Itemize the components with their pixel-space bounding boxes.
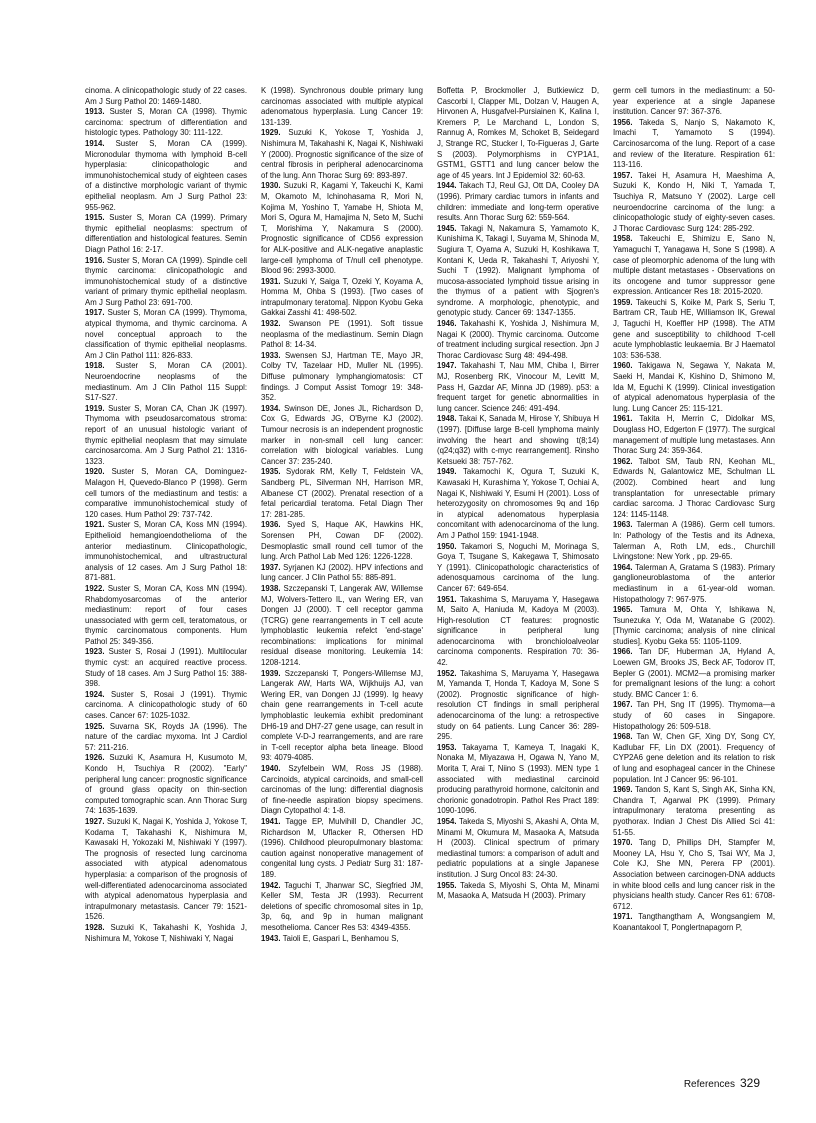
reference-number: 1930.: [261, 181, 281, 190]
reference-entry: 1933. Swensen SJ, Hartman TE, Mayo JR, C…: [261, 351, 423, 404]
reference-entry: 1970. Tang D, Phillips DH, Stampfer M, M…: [613, 838, 775, 912]
reference-entry: 1946. Takahashi K, Yoshida J, Nishimura …: [437, 319, 599, 361]
reference-number: 1928.: [85, 923, 105, 932]
reference-entry: cinoma. A clinicopathologic study of 22 …: [85, 86, 247, 107]
reference-number: 1946.: [437, 319, 457, 328]
reference-entry: 1957. Takei H, Asamura H, Maeshima A, Su…: [613, 171, 775, 235]
reference-entry: 1958. Takeuchi E, Shimizu E, Sano N, Yam…: [613, 234, 775, 298]
reference-number: 1953.: [437, 743, 457, 752]
reference-number: 1950.: [437, 542, 457, 551]
reference-number: 1948.: [437, 414, 457, 423]
reference-number: 1923.: [85, 647, 105, 656]
reference-number: 1917.: [85, 308, 105, 317]
reference-entry: germ cell tumors in the mediastinum: a 5…: [613, 86, 775, 118]
reference-entry: 1955. Takeda S, Miyoshi S, Ohta M, Minam…: [437, 881, 599, 902]
reference-number: 1934.: [261, 404, 281, 413]
reference-column-2: K (1998). Synchronous double primary lun…: [261, 86, 423, 1044]
reference-number: 1969.: [613, 785, 633, 794]
reference-entry: 1954. Takeda S, Miyoshi S, Akashi A, Oht…: [437, 817, 599, 881]
reference-entry: 1971. Tangthangtham A, Wongsangiem M, Ko…: [613, 912, 775, 933]
reference-number: 1932.: [261, 319, 281, 328]
reference-entry: 1953. Takayama T, Kameya T, Inagaki K, N…: [437, 743, 599, 817]
reference-number: 1945.: [437, 224, 457, 233]
reference-number: 1927.: [85, 817, 105, 826]
reference-entry: 1923. Suster S, Rosai J (1991). Multiloc…: [85, 647, 247, 689]
reference-number: 1916.: [85, 256, 105, 265]
reference-number: 1944.: [437, 181, 457, 190]
reference-entry: 1917. Suster S, Moran CA (1999). Thymoma…: [85, 308, 247, 361]
reference-number: 1949.: [437, 467, 457, 476]
reference-number: 1918.: [85, 361, 105, 370]
reference-entry: 1944. Takach TJ, Reul GJ, Ott DA, Cooley…: [437, 181, 599, 223]
reference-entry: 1968. Tan W, Chen GF, Xing DY, Song CY, …: [613, 732, 775, 785]
reference-entry: 1925. Suvarna SK, Royds JA (1996). The n…: [85, 722, 247, 754]
footer-page-number: 329: [740, 1076, 760, 1090]
reference-entry: K (1998). Synchronous double primary lun…: [261, 86, 423, 128]
reference-number: 1913.: [85, 107, 105, 116]
reference-entry: 1921. Suster S, Moran CA, Koss MN (1994)…: [85, 520, 247, 584]
page-footer: References 329: [684, 1076, 760, 1090]
reference-column-4: germ cell tumors in the mediastinum: a 5…: [613, 86, 775, 1044]
references-text-area: cinoma. A clinicopathologic study of 22 …: [85, 86, 775, 1044]
reference-entry: 1929. Suzuki K, Yokose T, Yoshida J, Nis…: [261, 128, 423, 181]
reference-column-1: cinoma. A clinicopathologic study of 22 …: [85, 86, 247, 1044]
reference-number: 1954.: [437, 817, 457, 826]
reference-entry: 1919. Suster S, Moran CA, Chan JK (1997)…: [85, 404, 247, 468]
reference-entry: Boffetta P, Brockmoller J, Butkiewicz D,…: [437, 86, 599, 181]
reference-entry: 1945. Takagi N, Nakamura S, Yamamoto K, …: [437, 224, 599, 319]
reference-number: 1929.: [261, 128, 281, 137]
reference-number: 1958.: [613, 234, 633, 243]
reference-entry: 1949. Takamochi K, Ogura T, Suzuki K, Ka…: [437, 467, 599, 541]
reference-number: 1967.: [613, 700, 633, 709]
reference-entry: 1956. Takeda S, Nanjo S, Nakamoto K, Ima…: [613, 118, 775, 171]
reference-number: 1955.: [437, 881, 457, 890]
reference-number: 1959.: [613, 298, 633, 307]
reference-entry: 1938. Szczepanski T, Langerak AW, Willem…: [261, 584, 423, 669]
reference-entry: 1947. Takahashi T, Nau MM, Chiba I, Birr…: [437, 361, 599, 414]
reference-entry: 1950. Takamori S, Noguchi M, Morinaga S,…: [437, 542, 599, 595]
reference-entry: 1936. Syed S, Haque AK, Hawkins HK, Sore…: [261, 520, 423, 562]
reference-number: 1922.: [85, 584, 105, 593]
reference-entry: 1959. Takeuchi S, Koike M, Park S, Seriu…: [613, 298, 775, 362]
reference-number: 1956.: [613, 118, 633, 127]
reference-number: 1971.: [613, 912, 633, 921]
reference-entry: 1942. Taguchi T, Jhanwar SC, Siegfried J…: [261, 881, 423, 934]
reference-number: 1937.: [261, 563, 281, 572]
reference-number: 1952.: [437, 669, 457, 678]
reference-number: 1966.: [613, 647, 633, 656]
reference-number: 1925.: [85, 722, 105, 731]
reference-number: 1938.: [261, 584, 281, 593]
reference-entry: 1922. Suster S, Moran CA, Koss MN (1994)…: [85, 584, 247, 648]
reference-number: 1943.: [261, 934, 281, 943]
reference-number: 1940.: [261, 764, 281, 773]
reference-number: 1942.: [261, 881, 281, 890]
reference-entry: 1930. Suzuki R, Kagami Y, Takeuchi K, Ka…: [261, 181, 423, 276]
reference-entry: 1967. Tan PH, Sng IT (1995). Thymoma—a s…: [613, 700, 775, 732]
reference-entry: 1940. Szyfelbein WM, Ross JS (1988). Car…: [261, 764, 423, 817]
footer-section-title: References: [684, 1079, 735, 1090]
reference-number: 1919.: [85, 404, 105, 413]
reference-entry: 1966. Tan DF, Huberman JA, Hyland A, Loe…: [613, 647, 775, 700]
reference-entry: 1928. Suzuki K, Takahashi K, Yoshida J, …: [85, 923, 247, 944]
reference-number: 1935.: [261, 467, 281, 476]
reference-entry: 1931. Suzuki Y, Saiga T, Ozeki Y, Koyama…: [261, 277, 423, 319]
reference-entry: 1916. Suster S, Moran CA (1999). Spindle…: [85, 256, 247, 309]
reference-number: 1970.: [613, 838, 633, 847]
reference-number: 1920.: [85, 467, 105, 476]
reference-entry: 1941. Tagge EP, Mulvihill D, Chandler JC…: [261, 817, 423, 881]
reference-number: 1941.: [261, 817, 281, 826]
reference-entry: 1962. Talbot SM, Taub RN, Keohan ML, Edw…: [613, 457, 775, 521]
reference-entry: 1927. Suzuki K, Nagai K, Yoshida J, Yoko…: [85, 817, 247, 923]
reference-number: 1964.: [613, 563, 633, 572]
reference-number: 1939.: [261, 669, 281, 678]
reference-entry: 1943. Taioli E, Gaspari L, Benhamou S,: [261, 934, 423, 945]
reference-entry: 1952. Takashima S, Maruyama Y, Hasegawa …: [437, 669, 599, 743]
reference-entry: 1939. Szczepanski T, Pongers-Willemse MJ…: [261, 669, 423, 764]
reference-entry: 1965. Tamura M, Ohta Y, Ishikawa N, Tsun…: [613, 605, 775, 647]
reference-entry: 1926. Suzuki K, Asamura H, Kusumoto M, K…: [85, 753, 247, 817]
reference-entry: 1918. Suster S, Moran CA (2001). Neuroen…: [85, 361, 247, 403]
references-columns: cinoma. A clinicopathologic study of 22 …: [85, 86, 775, 1044]
reference-number: 1936.: [261, 520, 281, 529]
reference-entry: 1960. Takigawa N, Segawa Y, Nakata M, Sa…: [613, 361, 775, 414]
reference-number: 1963.: [613, 520, 633, 529]
reference-number: 1915.: [85, 213, 105, 222]
reference-number: 1957.: [613, 171, 633, 180]
reference-number: 1962.: [613, 457, 633, 466]
reference-entry: 1935. Sydorak RM, Kelly T, Feldstein VA,…: [261, 467, 423, 520]
reference-number: 1951.: [437, 595, 457, 604]
reference-number: 1947.: [437, 361, 457, 370]
reference-entry: 1913. Suster S, Moran CA (1998). Thymic …: [85, 107, 247, 139]
reference-entry: 1951. Takashima S, Maruyama Y, Hasegawa …: [437, 595, 599, 669]
references-page: { "page": { "background": "#ffffff", "te…: [0, 0, 816, 1123]
reference-entry: 1924. Suster S, Rosai J (1991). Thymic c…: [85, 690, 247, 722]
reference-number: 1926.: [85, 753, 105, 762]
reference-column-3: Boffetta P, Brockmoller J, Butkiewicz D,…: [437, 86, 599, 1044]
reference-number: 1914.: [85, 139, 105, 148]
reference-entry: 1934. Swinson DE, Jones JL, Richardson D…: [261, 404, 423, 468]
reference-entry: 1937. Syrjanen KJ (2002). HPV infections…: [261, 563, 423, 584]
reference-entry: 1920. Suster S, Moran CA, Dominguez-Mala…: [85, 467, 247, 520]
reference-entry: 1915. Suster S, Moran CA (1999). Primary…: [85, 213, 247, 255]
reference-entry: 1932. Swanson PE (1991). Soft tissue neo…: [261, 319, 423, 351]
reference-entry: 1961. Takita H, Merrin C, Didolkar MS, D…: [613, 414, 775, 456]
reference-entry: 1963. Talerman A (1986). Germ cell tumor…: [613, 520, 775, 562]
reference-number: 1921.: [85, 520, 105, 529]
reference-entry: 1964. Talerman A, Gratama S (1983). Prim…: [613, 563, 775, 605]
reference-number: 1968.: [613, 732, 633, 741]
reference-entry: 1948. Takai K, Sanada M, Hirose Y, Shibu…: [437, 414, 599, 467]
reference-entry: 1914. Suster S, Moran CA (1999). Microno…: [85, 139, 247, 213]
reference-number: 1933.: [261, 351, 281, 360]
reference-number: 1924.: [85, 690, 105, 699]
reference-number: 1931.: [261, 277, 281, 286]
reference-entry: 1969. Tandon S, Kant S, Singh AK, Sinha …: [613, 785, 775, 838]
reference-number: 1960.: [613, 361, 633, 370]
reference-number: 1961.: [613, 414, 633, 423]
reference-number: 1965.: [613, 605, 633, 614]
